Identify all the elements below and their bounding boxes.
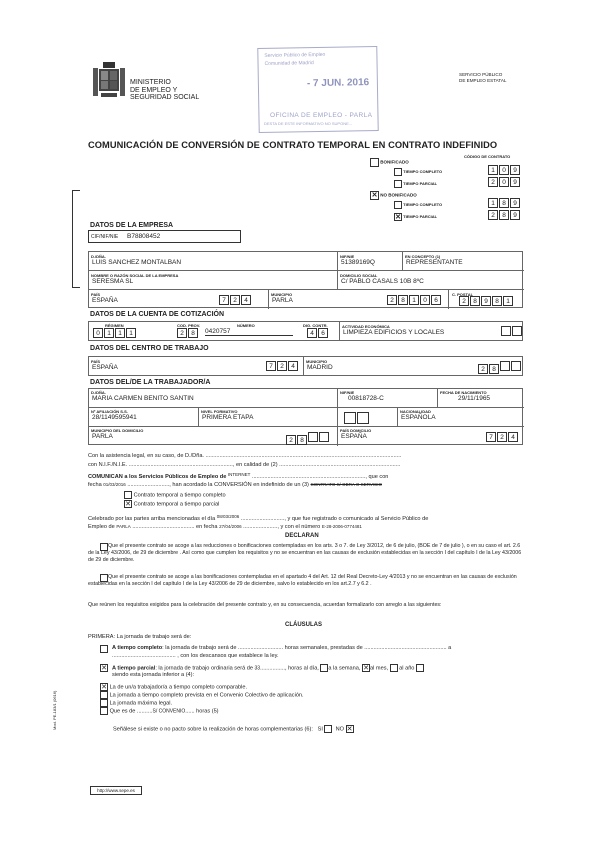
declaran-heading: DECLARAN: [285, 533, 319, 539]
opt-c-label: La jornada máxima legal.: [110, 700, 173, 706]
tp-checkbox[interactable]: ✕: [100, 664, 108, 672]
code-digit: 7: [486, 432, 496, 442]
pais-dom-code: 724: [486, 432, 519, 442]
opt-a-row: ✕ La de un/a trabajador/a a tiempo compl…: [100, 683, 247, 691]
bonificado-checkbox[interactable]: [370, 158, 379, 167]
trab-dona-field[interactable]: D./DÑA. MARIA CARMEN BENITO SANTIN: [89, 389, 338, 408]
fecha-line: fecha 01/03/2016 .......................…: [88, 481, 523, 489]
trabajador-grid: D./DÑA. MARIA CARMEN BENITO SANTIN NIF/N…: [88, 388, 523, 445]
bonif-completo-label: TIEMPO COMPLETO: [403, 169, 442, 174]
opt-b-row: La jornada a tiempo completo prevista en…: [100, 691, 304, 699]
opt-completo-checkbox[interactable]: [124, 491, 132, 499]
code-digit: [511, 361, 521, 371]
opt-parcial-row: ✕ Contrato temporal a tiempo parcial: [124, 500, 219, 508]
no-bonificado-row: ✕ NO BONIFICADO: [370, 191, 417, 200]
section-cotizacion: DATOS DE LA CUENTA DE COTIZACIÓN: [90, 311, 224, 318]
numero-label: ......................, y con el número: [243, 524, 320, 530]
bonif-completo-checkbox[interactable]: [394, 168, 402, 176]
opt-d-value: S/ CONVENIO: [152, 708, 185, 714]
code-digit: 6: [431, 295, 441, 305]
nif-field[interactable]: NIF/NIE 51389169Q: [338, 252, 403, 271]
celebrado-line2: Empleo de PARLA ........................…: [88, 523, 523, 531]
code-digit: 9: [510, 177, 520, 187]
pais-field[interactable]: PAÍS ESPAÑA 724: [89, 290, 269, 309]
code-digit: 8: [470, 296, 480, 306]
tc-checkbox[interactable]: [100, 645, 108, 653]
footer-url-link[interactable]: http://www.sepe.es: [90, 786, 142, 795]
celebrado-fecha: 08/03/2006: [217, 515, 240, 519]
code-digit: 2: [488, 210, 498, 220]
complementarias-text: Señálese si existe o no pacto sobre la r…: [113, 726, 313, 732]
numero-value: 0420757: [205, 328, 293, 336]
opt-a-label: La de un/a trabajador/a a tiempo complet…: [110, 684, 247, 690]
opt-a-checkbox[interactable]: ✕: [100, 683, 108, 691]
nobonif-parcial-label: TIEMPO PARCIAL: [403, 214, 437, 219]
code-digit: 8: [489, 364, 499, 374]
bonif-parcial-label: TIEMPO PARCIAL: [403, 181, 437, 186]
bonif-completo-row: TIEMPO COMPLETO: [394, 168, 442, 176]
nacionalidad-code: [344, 412, 370, 426]
nacionalidad-code-field[interactable]: [338, 408, 398, 427]
cotizacion-grid: RÉGIMEN 0111 COD. PROV. 28 NÚMERO 042075…: [88, 321, 523, 341]
code-digit: 1: [488, 165, 498, 175]
code-digit: 2: [478, 364, 488, 374]
tp-dia: ................, horas al día,: [260, 665, 319, 671]
opt-c-checkbox[interactable]: [100, 699, 108, 707]
no-bonificado-label: NO BONIFICADO: [380, 193, 417, 198]
code-digit: 2: [387, 295, 397, 305]
empleo-de-label: Empleo de: [88, 524, 115, 530]
numero-field[interactable]: NÚMERO 0420757: [199, 322, 299, 340]
sepe-line: DE EMPLEO ESTATAL: [459, 78, 506, 84]
no-label: NO: [336, 726, 344, 732]
nivel-field[interactable]: NIVEL FORMATIVO PRIMERA ETAPA: [199, 408, 338, 427]
no-bonificado-checkbox[interactable]: ✕: [370, 191, 379, 200]
razon-value: SERESMA SL: [92, 278, 337, 285]
nobonif-completo-row: TIEMPO COMPLETO: [394, 201, 442, 209]
bonificado-label: BONIFICADO: [380, 160, 409, 165]
centro-pais-code: 724: [266, 361, 299, 371]
code-digit: 9: [510, 165, 520, 175]
pais-code: 724: [219, 295, 252, 305]
bonif-completo-code: 109: [488, 165, 521, 175]
nivel-value: PRIMERA ETAPA: [202, 414, 337, 421]
reunen-text: Que reúnen los requisitos exigidos para …: [88, 602, 523, 609]
concepto-field[interactable]: EN CONCEPTO (1) REPRESENTANTE: [403, 252, 524, 271]
code-digit: 0: [499, 177, 509, 187]
code-digit: 8: [492, 296, 502, 306]
cif-label: CIF/NIF/NIE: [91, 234, 118, 240]
opt-d-pre: Que es de ..........: [110, 708, 153, 714]
opt-c-row: La jornada máxima legal.: [100, 699, 172, 707]
nobonif-completo-label: TIEMPO COMPLETO: [403, 202, 442, 207]
bonif-parcial-checkbox[interactable]: [394, 180, 402, 188]
opt-b-label: La jornada a tiempo completo prevista en…: [110, 692, 304, 698]
mun-dom-field[interactable]: MUNICIPIO DEL DOMICILIO PARLA 28: [89, 427, 338, 446]
nif-value: 51389169Q: [341, 259, 402, 266]
trab-nif-field[interactable]: NIF/NIE 00818728-C: [338, 389, 438, 408]
opt-d-post: ...... horas (5): [185, 708, 218, 714]
actividad-code: [501, 326, 523, 338]
tp-mes-checkbox[interactable]: ✕: [362, 664, 370, 672]
celebrado-rest: ............................, y que fue …: [241, 516, 428, 522]
opt-parcial-checkbox[interactable]: ✕: [124, 500, 132, 508]
tp-anio-checkbox[interactable]: [390, 664, 398, 672]
code-digit: 0: [499, 165, 509, 175]
comunican-rest: ........................................…: [252, 474, 388, 480]
code-digit: [500, 361, 510, 371]
nacionalidad-value: ESPAÑOLA: [401, 414, 524, 421]
dona-value: LUIS SANCHEZ MONTALBAN: [92, 259, 337, 266]
centro-pais-field[interactable]: PAÍS ESPAÑA 724: [89, 357, 304, 375]
bonif-parcial-row: TIEMPO PARCIAL: [394, 180, 437, 188]
domicilio-value: C/ PABLO CASALS 10B 8ºC: [341, 278, 524, 285]
code-digit: 4: [307, 328, 317, 338]
contract-code-header: CÓDIGO DE CONTRATO: [464, 154, 510, 159]
fecha-label: fecha: [88, 482, 102, 488]
tp-semana-label: a la semana,: [328, 665, 360, 671]
opt-completo-label: Contrato temporal a tiempo completo: [134, 492, 226, 498]
code-digit: 2: [286, 435, 296, 445]
regimen-code: 0111: [93, 328, 137, 338]
nobonif-completo-checkbox[interactable]: [394, 201, 402, 209]
code-digit: 2: [488, 177, 498, 187]
coat-of-arms-icon: [93, 60, 125, 102]
ministry-line: SEGURIDAD SOCIAL: [130, 94, 199, 102]
domicilio-field[interactable]: DOMICILIO SOCIAL C/ PABLO CASALS 10B 8ºC: [338, 271, 524, 290]
code-digit: 9: [510, 198, 520, 208]
stamp-date: - 7 JUN. 2016: [307, 77, 377, 89]
opt-d-row: Que es de ..........S/ CONVENIO...... ho…: [100, 707, 219, 715]
dig-code: 46: [307, 328, 329, 338]
nacionalidad-field[interactable]: NACIONALIDAD ESPAÑOLA: [398, 408, 524, 427]
razon-field[interactable]: NOMBRE O RAZÓN SOCIAL DE LA EMPRESA SERE…: [89, 271, 338, 290]
si-checkbox[interactable]: [324, 725, 332, 733]
code-digit: 8: [499, 210, 509, 220]
code-digit: 1: [488, 198, 498, 208]
decl2-text: Que el presente contrato se acoge a las …: [88, 574, 523, 588]
code-digit: 0: [93, 328, 103, 338]
code-digit: 1: [115, 328, 125, 338]
centro-grid: PAÍS ESPAÑA 724 MUNICIPIO MADRID 28: [88, 356, 523, 376]
ministry-name: MINISTERIO DE EMPLEO Y SEGURIDAD SOCIAL: [130, 79, 199, 102]
regimen-field[interactable]: RÉGIMEN 0111: [89, 322, 153, 340]
section-empresa: DATOS DE LA EMPRESA: [90, 222, 173, 229]
tp-anio-label: al año: [399, 665, 414, 671]
pais-dom-field[interactable]: PAÍS DOMICILIO ESPAÑA 724: [338, 427, 524, 446]
no-checkbox[interactable]: ✕: [346, 725, 354, 733]
code-digit: 8: [297, 435, 307, 445]
afiliacion-field[interactable]: Nº AFILIACIÓN S.S. 28/1149595941: [89, 408, 199, 427]
code-digit: 4: [508, 432, 518, 442]
opt-parcial-label: Contrato temporal a tiempo parcial: [134, 501, 220, 507]
code-digit: 7: [219, 295, 229, 305]
section-trabajador: DATOS DEL/DE LA TRABAJADOR/A: [90, 379, 210, 386]
asistencia-line2: con N.I.F./N.I.E. ......................…: [88, 462, 523, 469]
form-title: COMUNICACIÓN DE CONVERSIÓN DE CONTRATO T…: [88, 140, 497, 150]
tp-text: : la jornada de trabajo ordinaria será d…: [155, 665, 253, 671]
ministry-line: DE EMPLEO Y: [130, 87, 199, 95]
code-digit: 6: [318, 328, 328, 338]
code-digit: 1: [104, 328, 114, 338]
cp-field[interactable]: C. POSTAL 28981: [449, 290, 524, 309]
tp-extra-checkbox[interactable]: [416, 664, 424, 672]
sepe-logo: SERVICIO PÚBLICO DE EMPLEO ESTATAL: [459, 72, 506, 84]
empresa-grid: D./DÑA. LUIS SANCHEZ MONTALBAN NIF/NIE 5…: [88, 251, 523, 308]
opt-b-checkbox[interactable]: [100, 691, 108, 699]
dig-field[interactable]: DIG. CONTR. 46: [301, 322, 337, 340]
prov-code: 28: [177, 328, 199, 338]
comunican-text: COMUNICAN a los Servicios Públicos de Em…: [88, 474, 226, 480]
code-digit: 0: [420, 295, 430, 305]
code-digit: 9: [510, 210, 520, 220]
fecha-rest: ..........................., han acordad…: [127, 482, 309, 488]
code-digit: 2: [177, 328, 187, 338]
complementarias-row: Señálese si existe o no pacto sobre la r…: [113, 725, 354, 733]
code-digit: 1: [126, 328, 136, 338]
concepto-value: REPRESENTANTE: [406, 259, 524, 266]
mun-dom-code: 28: [286, 432, 330, 445]
tp-line2: siendo esta jornada inferior a (4):: [112, 672, 547, 679]
code-digit: 8: [188, 328, 198, 338]
nacimiento-value: 29/11/1965: [458, 395, 524, 402]
primera-text: PRIMERA: La jornada de trabajo será de:: [88, 634, 523, 641]
code-digit: 1: [409, 295, 419, 305]
code-digit: 2: [277, 361, 287, 371]
code-digit: 2: [497, 432, 507, 442]
nobonif-parcial-row: ✕ TIEMPO PARCIAL: [394, 213, 437, 221]
bonificado-row: BONIFICADO: [370, 158, 409, 167]
celebrado-text: Celebrado por las partes arriba menciona…: [88, 516, 215, 522]
dona-field[interactable]: D./DÑA. LUIS SANCHEZ MONTALBAN: [89, 252, 338, 271]
centro-municipio-code: 28: [478, 361, 522, 374]
section-centro: DATOS DEL CENTRO DE TRABAJO: [90, 345, 209, 352]
nobonif-completo-code: 189: [488, 198, 521, 208]
tc-line: A tiempo completo: la jornada de trabajo…: [112, 645, 522, 652]
office-stamp: OFICINA DE EMPLEO - PARLA DESTA DE ESTE …: [258, 107, 378, 135]
clausulas-heading: CLÁUSULAS: [285, 622, 322, 628]
opt-completo-row: Contrato temporal a tiempo completo: [124, 491, 226, 499]
code-digit: 9: [481, 296, 491, 306]
cif-value: B78808452: [127, 233, 160, 240]
stamp-text: Servicio Público de Empleo: [264, 51, 370, 59]
opt-d-checkbox[interactable]: [100, 707, 108, 715]
asistencia-line1: Con la asistencia legal, en su caso, de …: [88, 453, 523, 460]
bonif-parcial-code: 209: [488, 177, 521, 187]
code-digit: 2: [459, 296, 469, 306]
tp-mes-label: al mes,: [370, 665, 388, 671]
municipio-field[interactable]: MUNICIPIO PARLA 28106: [269, 290, 449, 309]
model-code: Mod. PE-183/1 (0616): [52, 691, 57, 730]
actividad-field[interactable]: ACTIVIDAD ECONÓMICA LIMPIEZA EDIFICIOS Y…: [339, 322, 524, 340]
decl1-text: Que el presente contrato se acoge a las …: [88, 543, 523, 565]
cp-code: 28981: [459, 296, 514, 306]
stamp-text: Comunidad de Madrid: [264, 59, 370, 67]
registro-numero: E-28-2006-0774481: [322, 524, 362, 529]
code-digit: 7: [266, 361, 276, 371]
empleo-lugar: PARLA: [116, 524, 130, 529]
contract-type-value: CONTRATO S/ OBRA O SERVICIO: [310, 482, 382, 487]
tc-label: A tiempo completo: [112, 645, 162, 651]
code-digit: 2: [230, 295, 240, 305]
code-digit: 8: [499, 198, 509, 208]
registro-fecha: 27/04/2006: [219, 524, 242, 529]
en-fecha-label: ........................................…: [132, 524, 217, 530]
footer-url: http://www.sepe.es: [97, 788, 135, 793]
tp-label: A tiempo parcial: [112, 665, 155, 671]
fecha-value: 01/03/2016: [103, 482, 126, 487]
code-digit: 1: [503, 296, 513, 306]
actividad-value: LIMPIEZA EDIFICIOS Y LOCALES: [343, 329, 524, 336]
tc-line2: ........................................…: [112, 653, 547, 660]
stamp-footer: DESTA DE ESTE INFORMATIVO NO SUPONE...: [264, 121, 378, 126]
trab-nif-value: 00818728-C: [348, 395, 437, 402]
stamp-office: OFICINA DE EMPLEO - PARLA: [270, 112, 378, 119]
tc-text: : la jornada de trabajo será de ........…: [162, 645, 451, 651]
cif-field[interactable]: CIF/NIF/NIE B78808452: [88, 230, 241, 243]
ministry-line: MINISTERIO: [130, 79, 199, 87]
centro-municipio-field[interactable]: MUNICIPIO MADRID 28: [304, 357, 524, 375]
nacimiento-field[interactable]: FECHA DE NACIMIENTO 29/11/1965: [438, 389, 524, 408]
municipio-code: 28106: [387, 295, 442, 305]
code-digit: 8: [398, 295, 408, 305]
nobonif-parcial-code: 289: [488, 210, 521, 220]
trab-dona-value: MARIA CARMEN BENITO SANTIN: [92, 395, 337, 402]
code-digit: 4: [241, 295, 251, 305]
code-digit: 4: [288, 361, 298, 371]
nobonif-parcial-checkbox[interactable]: ✕: [394, 213, 402, 221]
comunican-value: INTERNET: [228, 473, 251, 477]
margin-bracket: [72, 190, 80, 288]
si-label: SI: [318, 726, 323, 732]
afiliacion-value: 28/1149595941: [92, 414, 198, 421]
